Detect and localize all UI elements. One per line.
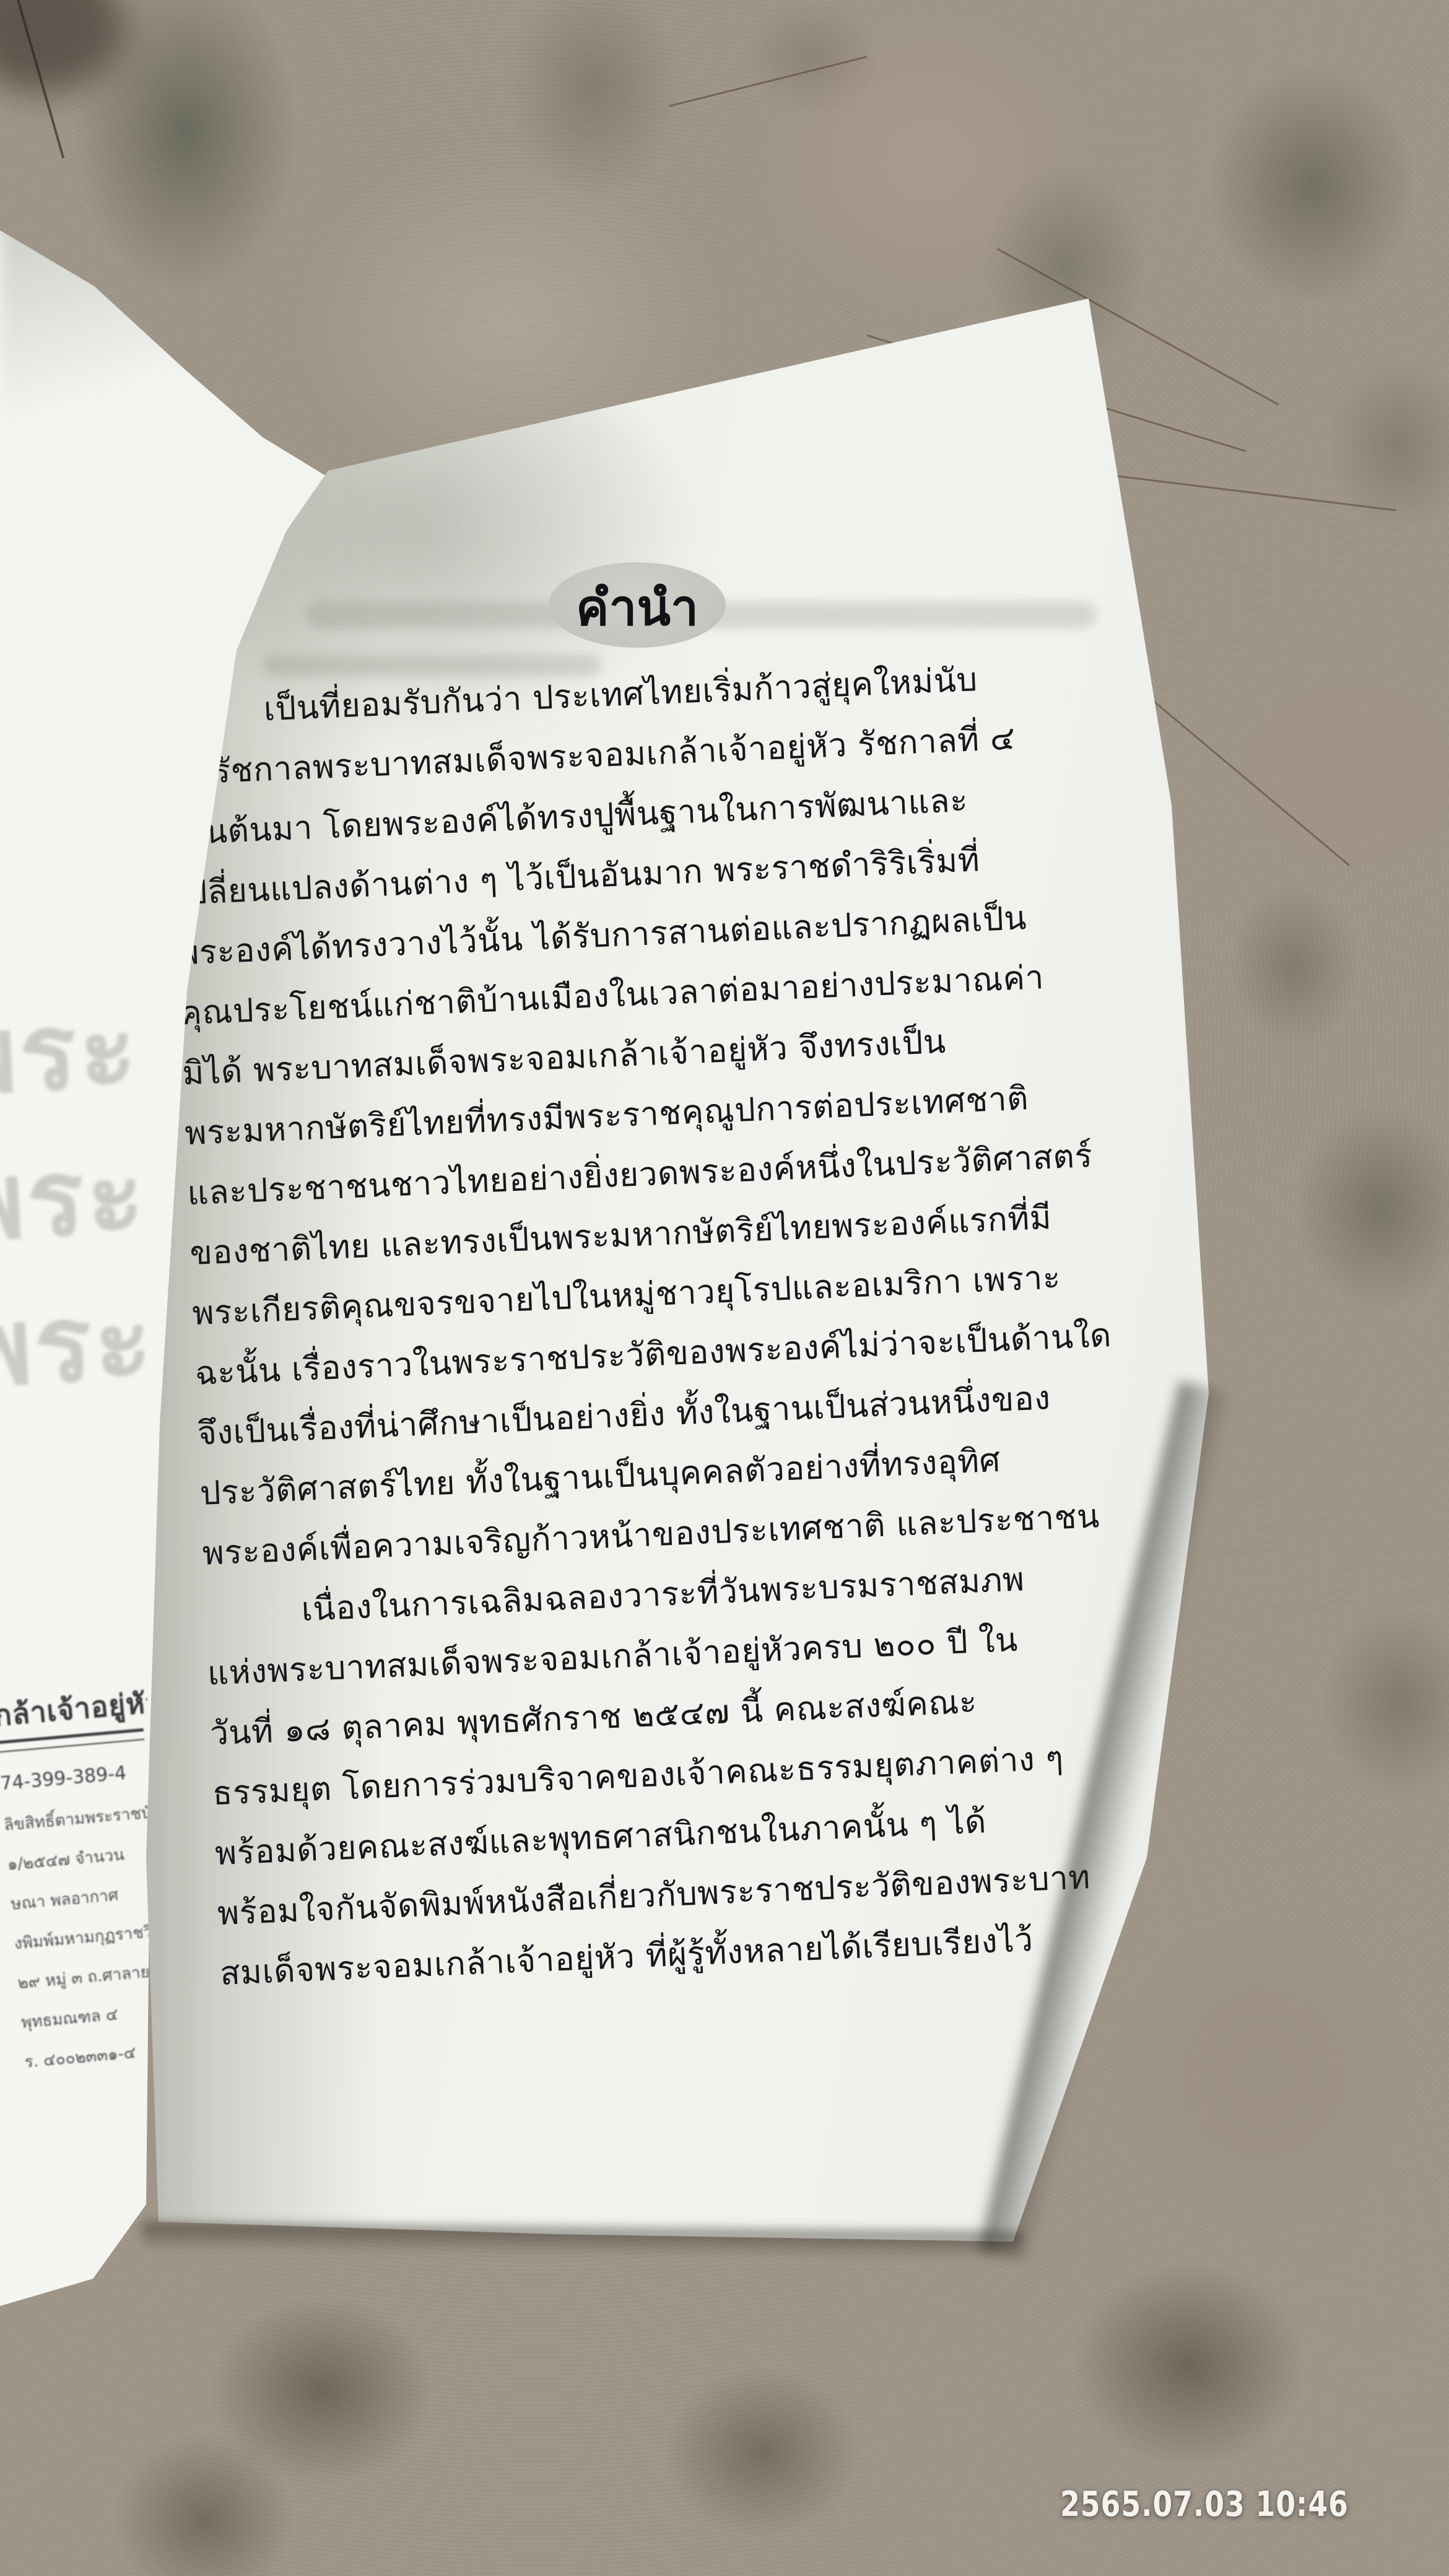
ghost-title-line: พระ <box>0 975 142 1131</box>
left-page-ghost-title: พระ พระ พระ <box>0 975 157 1422</box>
ghost-title-line: พระ <box>0 1267 157 1423</box>
photo-of-open-book: พระ พระ พระ กล้าเจ้าอยู่หัว 74-399-389-4… <box>0 0 1449 2576</box>
chapter-title-oval: คำนำ <box>549 562 726 648</box>
camera-timestamp: 2565.07.03 10:46 <box>1060 2484 1349 2525</box>
left-page-title-fragment: กล้าเจ้าอยู่หัว <box>0 1682 149 1736</box>
chapter-title: คำนำ <box>576 568 698 647</box>
ghost-title-line: พระ <box>0 1121 150 1277</box>
